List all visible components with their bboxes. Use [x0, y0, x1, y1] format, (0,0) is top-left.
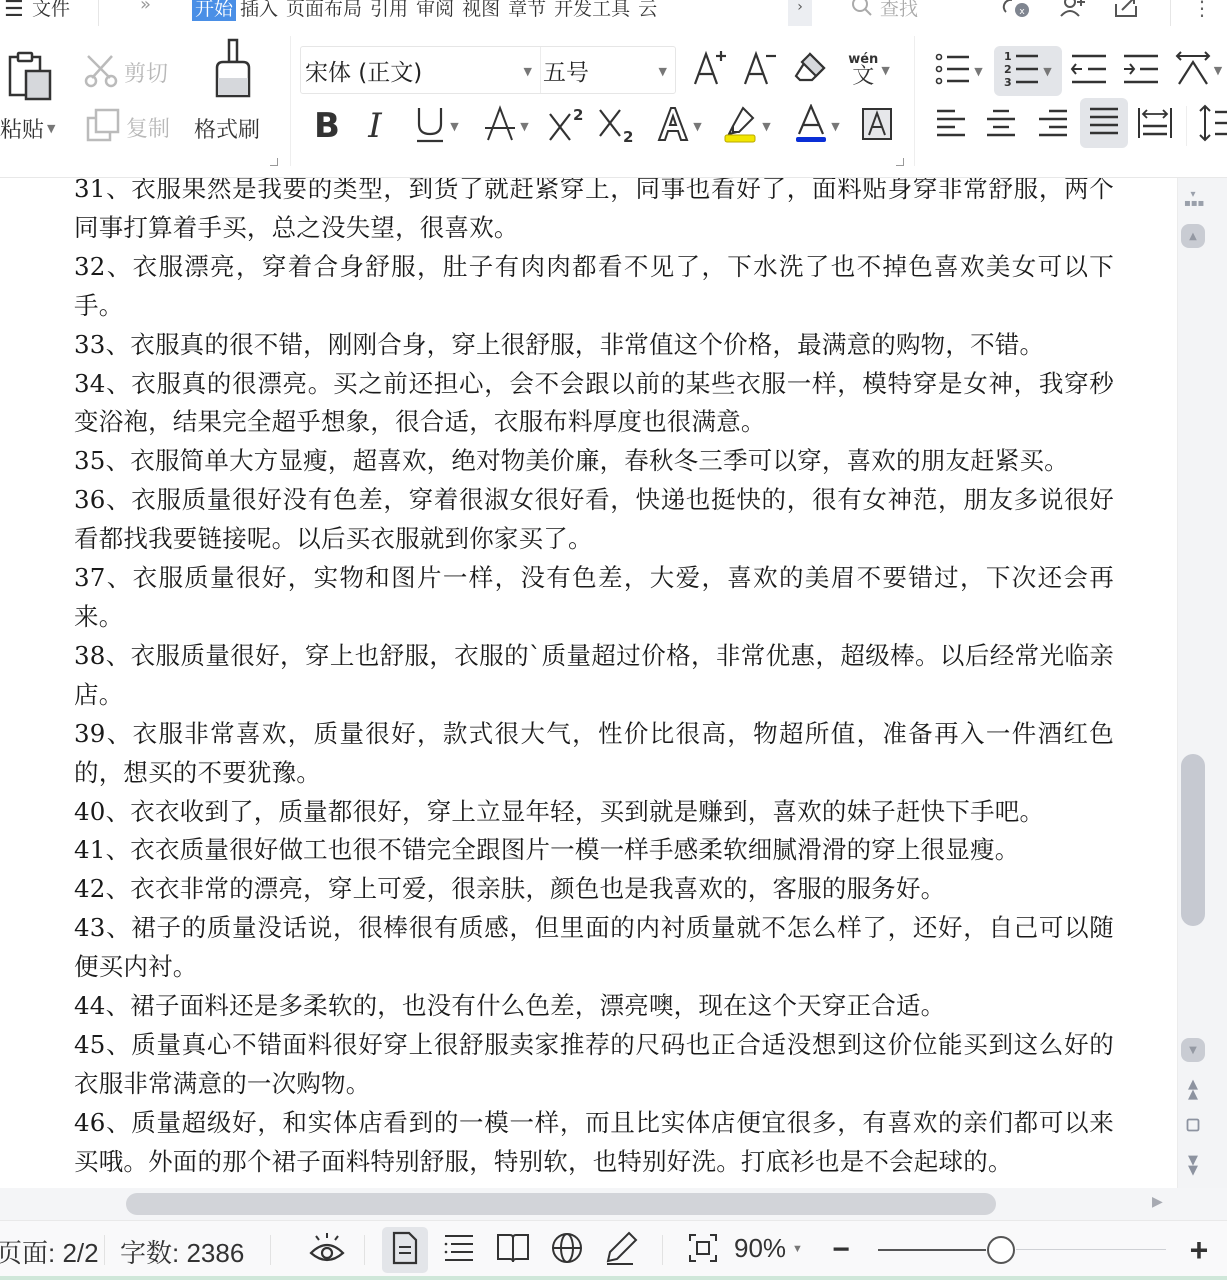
decrease-indent-icon [1070, 52, 1108, 90]
zoom-slider-track[interactable] [1016, 1249, 1166, 1250]
paragraph-42: 42、衣衣非常的漂亮，穿上可爱，很亲肤，颜色也是我喜欢的，客服的服务好。 [74, 870, 1114, 909]
bulleted-list-icon [935, 51, 971, 91]
outline-view-icon [443, 1232, 475, 1269]
font-dialog-launcher[interactable] [896, 158, 904, 166]
divider [290, 36, 291, 166]
split-view-icon[interactable]: ▾▪▪▪ [1184, 190, 1202, 208]
divider [104, 1235, 105, 1265]
paragraph-32: 32、衣服漂亮，穿着合身舒服，肚子有肉肉都看不见了，下水洗了也不掉色喜欢美女可以… [74, 248, 1114, 326]
paragraph-38: 38、衣服质量很好，穿上也舒服，衣服的`质量超过价格，非常优惠，超级棒。以后经常… [74, 637, 1114, 715]
paragraph-44: 44、裙子面料还是多柔软的，也没有什么色差，漂亮噢，现在这个天穿正合适。 [74, 987, 1114, 1026]
eye-protection-button[interactable] [304, 1227, 350, 1273]
text-effect-icon [656, 104, 690, 148]
document-body[interactable]: 31、衣服果然是我要的类型，到货了就赶紧穿上，同事也看好了，面料贴身穿非常舒服，… [74, 178, 1114, 1188]
subscript-icon: 2 [597, 104, 637, 148]
zoom-level-value: 90% [734, 1233, 786, 1264]
menu-file[interactable]: 文件 [32, 0, 70, 21]
copy-label: 复制 [126, 112, 170, 143]
format-painter-icon[interactable] [208, 38, 258, 100]
scroll-up-button[interactable]: ▲ [1181, 224, 1205, 248]
subscript-button[interactable]: 2 [596, 104, 638, 148]
divider [270, 1235, 271, 1265]
character-border-icon [861, 107, 893, 145]
justify-icon [1088, 106, 1120, 140]
text-direction-icon [1175, 50, 1211, 90]
svg-text:2: 2 [573, 106, 583, 124]
next-page-icon[interactable]: ▼▼ [1182, 1156, 1204, 1176]
paragraph-31: 31、衣服果然是我要的类型，到货了就赶紧穿上，同事也看好了，面料贴身穿非常舒服，… [74, 178, 1114, 248]
svg-text:3: 3 [1004, 76, 1012, 88]
svg-text:2: 2 [623, 128, 633, 144]
pinyin-char: 文 [852, 66, 874, 88]
tab-page-layout[interactable]: 页面布局 [282, 0, 366, 21]
chevron-down-icon: ▼ [524, 65, 532, 78]
font-name-value: 宋体 (正文) [305, 54, 422, 87]
underline-icon [413, 104, 447, 148]
format-painter-label: 格式刷 [194, 113, 260, 144]
hamburger-icon[interactable]: ☰ [4, 0, 24, 22]
divider [1186, 106, 1187, 146]
cloud-sync-icon[interactable]: x [1000, 0, 1034, 25]
text-effect-button[interactable]: ▼ [650, 104, 708, 148]
paragraph-43: 43、裙子的质量没话说，很棒很有质感，但里面的内衬质量就不怎么样了，还好，自己可… [74, 909, 1114, 987]
reading-view-button[interactable] [490, 1227, 536, 1273]
tab-review[interactable]: 审阅 [412, 0, 458, 21]
zoom-slider-track-filled[interactable] [878, 1249, 986, 1251]
chevron-down-icon: ▼ [881, 64, 889, 77]
text-direction-button[interactable]: ▼ [1170, 48, 1227, 92]
grow-font-button[interactable] [690, 48, 730, 92]
distributed-align-icon [1137, 106, 1173, 144]
font-color-button[interactable]: ▼ [788, 104, 846, 148]
paragraph-46: 46、质量超级好，和实体店看到的一模一样，而且比实体店便宜很多，有喜欢的亲们都可… [74, 1104, 1114, 1182]
character-border-button[interactable] [858, 106, 896, 146]
pinyin-icon: wén 文 [848, 53, 878, 88]
scissors-icon [84, 52, 122, 92]
font-name-select[interactable]: 宋体 (正文) ▼ [301, 47, 541, 93]
highlighter-icon [723, 104, 759, 148]
select-browse-object-icon[interactable] [1182, 1118, 1204, 1134]
underline-button[interactable]: ▼ [406, 104, 466, 148]
scrollbar-corner [1177, 1188, 1227, 1220]
book-icon [496, 1232, 530, 1269]
line-spacing-button[interactable] [1196, 102, 1227, 148]
cut-button[interactable]: 剪切 [84, 52, 168, 92]
vertical-scrollbar[interactable]: ▾▪▪▪ ▲ ▼ ▲▲ ▼▼ [1177, 178, 1227, 1188]
search-icon [850, 0, 874, 23]
share-user-icon[interactable] [1058, 0, 1088, 25]
numbered-list-icon: 123 [1004, 50, 1040, 92]
eraser-icon [792, 50, 828, 90]
superscript-icon: 2 [547, 104, 587, 148]
export-icon[interactable] [1112, 0, 1142, 25]
more-vertical-icon[interactable]: ⋮ [1192, 0, 1212, 20]
tab-cloud[interactable]: 云 [634, 0, 661, 21]
tabs-scroll-right-button[interactable]: › [788, 0, 812, 26]
increase-indent-button[interactable] [1120, 50, 1162, 92]
align-left-button[interactable] [930, 102, 972, 148]
paragraph-40: 40、衣衣收到了，质量都很好，穿上立显年轻，买到就是赚到，喜欢的妹子赶快下手吧。 [74, 793, 1114, 832]
chevron-down-icon: ▼ [792, 1243, 803, 1255]
paragraph-34: 34、衣服真的很漂亮。买之前还担心，会不会跟以前的某些衣服一样，模特穿是女神，我… [74, 365, 1114, 443]
cut-label: 剪切 [124, 57, 168, 88]
scroll-right-icon[interactable]: ▶ [1152, 1194, 1163, 1210]
paste-icon[interactable] [4, 50, 56, 104]
align-center-icon [985, 108, 1017, 142]
font-selectors: 宋体 (正文) ▼ 五号 ▼ [300, 46, 676, 94]
font-size-select[interactable]: 五号 ▼ [541, 47, 675, 93]
globe-icon [550, 1231, 584, 1270]
shrink-font-icon [742, 48, 778, 92]
svg-text:2: 2 [1004, 63, 1012, 76]
superscript-button[interactable]: 2 [546, 104, 588, 148]
divider [914, 36, 915, 166]
menu-bar: ☰ 文件 » 开始 插入 页面布局 引用 审阅 视图 章节 开发工具 云 › 查… [0, 0, 1227, 28]
paragraph-33: 33、衣服真的很不错，刚刚合身，穿上很舒服，非常值这个价格，最满意的购物，不错。 [74, 326, 1114, 365]
tab-developer[interactable]: 开发工具 [550, 0, 634, 21]
highlight-color-button[interactable]: ▼ [718, 104, 776, 148]
zoom-slider-handle[interactable] [987, 1236, 1015, 1264]
fit-page-button[interactable] [680, 1227, 726, 1273]
font-color-icon [794, 104, 828, 148]
font-size-value: 五号 [543, 54, 589, 87]
tab-references[interactable]: 引用 [366, 0, 412, 21]
clear-format-button[interactable] [790, 50, 830, 90]
clipboard-dialog-launcher[interactable] [270, 158, 278, 166]
paragraph-41: 41、衣衣质量很好做工也很不错完全跟图片一模一样手感柔软细腻滑滑的穿上很显瘦。 [74, 831, 1114, 870]
increase-indent-icon [1122, 52, 1160, 90]
status-bar: 页面: 2/2 字数: 2386 90% ▼ − + [0, 1220, 1227, 1280]
paste-button[interactable]: 粘贴▼ [0, 110, 55, 146]
tab-chapter[interactable]: 章节 [504, 0, 550, 21]
italic-button[interactable]: I [358, 104, 392, 148]
bullets-button[interactable]: ▼ [930, 46, 988, 96]
paragraph-36: 36、衣服质量很好没有色差，穿着很淑女很好看，快递也挺快的，很有女神范，朋友多说… [74, 481, 1114, 559]
ribbon-toolbar: 粘贴▼ 剪切 复制 格式刷 宋体 (正文) ▼ 五号 ▼ [0, 28, 1227, 178]
strikethrough-button[interactable]: ▼ [476, 104, 536, 148]
divider [1170, 0, 1171, 26]
paragraph-37: 37、衣服质量很好，实物和图片一样，没有色差，大爱，喜欢的美眉不要错过，下次还会… [74, 559, 1114, 637]
menu-more-chevron[interactable]: » [140, 0, 151, 15]
chevron-down-icon: ▼ [450, 120, 458, 133]
scroll-down-button[interactable]: ▼ [1181, 1038, 1205, 1062]
web-view-button[interactable] [544, 1227, 590, 1273]
tab-home[interactable]: 开始 [192, 0, 236, 21]
chevron-down-icon: ▼ [520, 120, 528, 133]
bold-button[interactable]: B [308, 104, 346, 148]
grow-font-icon [692, 48, 728, 92]
decrease-indent-button[interactable] [1068, 50, 1110, 92]
align-center-button[interactable] [980, 102, 1022, 148]
chevron-down-icon: ▼ [1043, 65, 1051, 78]
align-left-icon [935, 108, 967, 142]
page-view-button[interactable] [382, 1227, 428, 1273]
chevron-down-icon: ▼ [693, 120, 701, 133]
page-indicator[interactable]: 页面: 2/2 [0, 1233, 99, 1270]
chevron-down-icon: ▼ [762, 120, 770, 133]
chevron-down-icon: ▼ [1214, 64, 1222, 77]
vertical-scroll-thumb[interactable] [1181, 754, 1205, 926]
pinyin-guide-button[interactable]: wén 文 ▼ [838, 48, 900, 92]
align-right-icon [1037, 108, 1069, 142]
page-view-icon [391, 1231, 419, 1270]
previous-page-icon[interactable]: ▲▲ [1182, 1080, 1204, 1100]
search-placeholder: 查找 [880, 0, 918, 23]
copy-icon [84, 106, 122, 148]
copy-button[interactable]: 复制 [84, 106, 170, 148]
divider [364, 1235, 365, 1265]
format-painter-button[interactable]: 格式刷 [194, 110, 260, 146]
zoom-level-select[interactable]: 90% ▼ [734, 1233, 803, 1264]
align-right-button[interactable] [1032, 102, 1074, 148]
document-canvas[interactable]: 31、衣服果然是我要的类型，到货了就赶紧穿上，同事也看好了，面料贴身穿非常舒服，… [0, 178, 1177, 1188]
zoom-in-button[interactable]: + [1176, 1227, 1222, 1273]
ribbon-tabs: 开始 插入 页面布局 引用 审阅 视图 章节 开发工具 云 [192, 0, 661, 21]
zoom-out-button[interactable]: − [818, 1227, 864, 1273]
line-spacing-icon [1197, 104, 1227, 146]
tab-view[interactable]: 视图 [458, 0, 504, 21]
svg-text:1: 1 [1004, 50, 1012, 63]
justify-button[interactable] [1080, 98, 1128, 148]
chevron-down-icon: ▼ [974, 65, 982, 78]
writing-mode-button[interactable] [598, 1227, 644, 1273]
word-count[interactable]: 字数: 2386 [120, 1233, 244, 1270]
paragraph-45: 45、质量真心不错面料很好穿上很舒服卖家推荐的尺码也正合适没想到这价位能买到这么… [74, 1026, 1114, 1104]
paragraph-35: 35、衣服简单大方显瘦，超喜欢，绝对物美价廉，春秋冬三季可以穿，喜欢的朋友赶紧买… [74, 442, 1114, 481]
eye-icon [308, 1231, 346, 1270]
paste-label: 粘贴 [0, 113, 44, 144]
chevron-down-icon: ▼ [831, 120, 839, 133]
horizontal-scroll-thumb[interactable] [126, 1193, 996, 1215]
numbering-button[interactable]: 123 ▼ [994, 46, 1062, 96]
shrink-font-button[interactable] [740, 48, 780, 92]
tab-insert[interactable]: 插入 [236, 0, 282, 21]
chevron-down-icon: ▼ [659, 65, 667, 78]
outline-view-button[interactable] [436, 1227, 482, 1273]
svg-text:x: x [1019, 7, 1025, 17]
pen-icon [603, 1230, 639, 1271]
divider [662, 1235, 663, 1265]
divider [98, 0, 99, 26]
strikethrough-icon [483, 104, 517, 148]
distributed-align-button[interactable] [1134, 102, 1176, 148]
search-box[interactable]: 查找 [850, 0, 918, 23]
chevron-down-icon: ▼ [47, 122, 55, 135]
paragraph-39: 39、衣服非常喜欢，质量很好，款式很大气，性价比很高，物超所值，准备再入一件酒红… [74, 715, 1114, 793]
horizontal-scrollbar[interactable]: ▶ [0, 1188, 1177, 1220]
fit-page-icon [688, 1233, 718, 1268]
